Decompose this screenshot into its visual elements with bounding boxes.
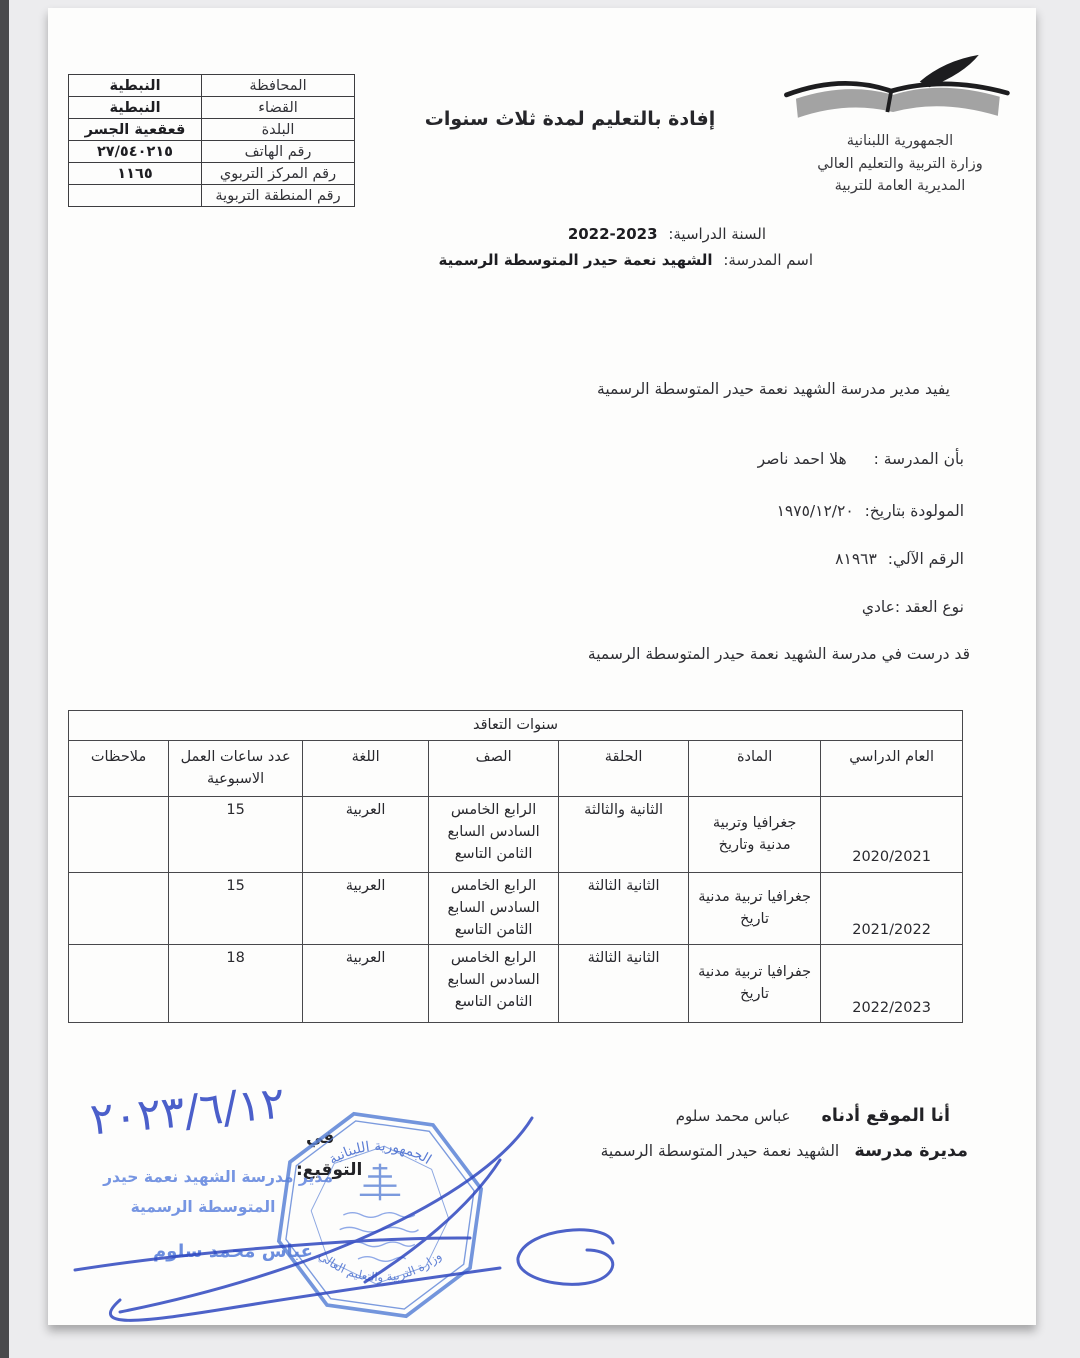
auto-number-line: الرقم الآلي: ٨١٩٦٣	[835, 550, 964, 568]
scanned-document-page: الجمهورية اللبنانية وزارة التربية والتعل…	[48, 8, 1036, 1325]
cell-subject: جغرافيا تربية مدنية تاريخ	[689, 873, 821, 945]
school-name-value: الشهيد نعمة حيدر المتوسطة الرسمية	[438, 251, 712, 269]
school-name-line: اسم المدرسة: الشهيد نعمة حيدر المتوسطة ا…	[438, 251, 813, 269]
cell-subject: جغرافيا وتربية مدنية وتاريخ	[689, 797, 821, 873]
auto-number-value: ٨١٩٦٣	[835, 550, 877, 568]
cell-cycle: الثانية الثالثة	[559, 873, 689, 945]
role-school-name: الشهيد نعمة حيدر المتوسطة الرسمية	[601, 1142, 840, 1160]
agency-header: الجمهورية اللبنانية وزارة التربية والتعل…	[790, 130, 1010, 198]
teacher-line: بأن المدرسة : هلا احمد ناصر	[758, 450, 964, 468]
table-row: البلدة قعقعية الجسر	[69, 119, 355, 141]
cell-hours: 18	[169, 945, 303, 1023]
octagon-seal-icon: الجمهورية اللبنانية وزارة التربية والتعل…	[270, 1105, 490, 1325]
agency-line-directorate: المديرية العامة للتربية	[790, 175, 1010, 198]
statement-intro: يفيد مدير مدرسة الشهيد نعمة حيدر المتوسط…	[597, 380, 950, 398]
table-title-row: سنوات التعاقد	[69, 711, 963, 741]
info-label: المحافظة	[202, 75, 355, 97]
svg-text:وزارة التربية والتعليم العالي: وزارة التربية والتعليم العالي	[316, 1249, 445, 1286]
cell-language: العربية	[303, 797, 429, 873]
school-year-line: السنة الدراسية: 2022-2023	[568, 225, 766, 243]
cell-year: 2021/2022	[821, 873, 963, 945]
col-header-language: اللغة	[303, 741, 429, 797]
cell-notes	[69, 945, 169, 1023]
info-value: النبطية	[69, 75, 202, 97]
cell-hours: 15	[169, 797, 303, 873]
undersigned-line: أنا الموقع أدناه عباس محمد سلوم	[676, 1106, 950, 1126]
seal-bottom-text: وزارة التربية والتعليم العالي	[316, 1249, 445, 1286]
taught-line: قد درست في مدرسة الشهيد نعمة حيدر المتوس…	[588, 645, 970, 663]
cell-cycle: الثانية والثالثة	[559, 797, 689, 873]
contract-type-line: نوع العقد :عادي	[862, 598, 964, 616]
birthdate-line: المولودة بتاريخ: ١٩٧٥/١٢/٢٠	[777, 502, 964, 520]
contract-table-title: سنوات التعاقد	[69, 711, 963, 741]
cell-year: 2022/2023	[821, 945, 963, 1023]
info-label: القضاء	[202, 97, 355, 119]
undersigned-name: عباس محمد سلوم	[676, 1107, 791, 1125]
table-row: رقم المركز التربوي ١١٦٥	[69, 163, 355, 185]
cell-language: العربية	[303, 873, 429, 945]
undersigned-label: أنا الموقع أدناه	[822, 1106, 950, 1126]
agency-line-ministry: وزارة التربية والتعليم العالي	[790, 153, 1010, 176]
info-value-center-number: ١١٦٥	[69, 163, 202, 185]
admin-info-table: المحافظة النبطية القضاء النبطية البلدة ق…	[68, 74, 355, 207]
cell-language: العربية	[303, 945, 429, 1023]
table-header-row: العام الدراسي المادة الحلقة الصف اللغة ع…	[69, 741, 963, 797]
info-label: رقم المركز التربوي	[202, 163, 355, 185]
info-value: النبطية	[69, 97, 202, 119]
role-line: مديرة مدرسة الشهيد نعمة حيدر المتوسطة ال…	[601, 1141, 968, 1161]
cell-year: 2020/2021	[821, 797, 963, 873]
open-book-icon	[780, 53, 1010, 133]
teacher-label: بأن المدرسة :	[874, 450, 964, 468]
info-value-phone: ٢٧/٥٤٠٢١٥	[69, 141, 202, 163]
table-row: رقم الهاتف ٢٧/٥٤٠٢١٥	[69, 141, 355, 163]
cell-grades: الرابع الخامس السادس السابع الثامن التاس…	[429, 873, 559, 945]
handwritten-date: ٢٠٢٣/٦/١٢	[88, 1078, 287, 1146]
col-header-grade: الصف	[429, 741, 559, 797]
cell-subject: جفرافيا تربية مدنية تاريخ	[689, 945, 821, 1023]
scan-edge-strip	[0, 0, 9, 1358]
birthdate-value: ١٩٧٥/١٢/٢٠	[777, 502, 854, 520]
role-label: مديرة مدرسة	[854, 1141, 968, 1161]
info-label: البلدة	[202, 119, 355, 141]
seal-top-text: الجمهورية اللبنانية	[326, 1138, 434, 1168]
table-row: 2020/2021 جغرافيا وتربية مدنية وتاريخ ال…	[69, 797, 963, 873]
table-row: 2022/2023 جفرافيا تربية مدنية تاريخ الثا…	[69, 945, 963, 1023]
cell-notes	[69, 873, 169, 945]
school-year-value: 2022-2023	[568, 225, 658, 243]
cell-notes	[69, 797, 169, 873]
cell-grades: الرابع الخامس السادس السابع الثامن التاس…	[429, 797, 559, 873]
info-value-empty	[69, 185, 202, 207]
cell-hours: 15	[169, 873, 303, 945]
info-label: رقم الهاتف	[202, 141, 355, 163]
contract-years-table: سنوات التعاقد العام الدراسي المادة الحلق…	[68, 710, 963, 1023]
info-value: قعقعية الجسر	[69, 119, 202, 141]
table-row: المحافظة النبطية	[69, 75, 355, 97]
official-seal: الجمهورية اللبنانية وزارة التربية والتعل…	[270, 1105, 490, 1325]
info-label: رقم المنطقة التربوية	[202, 185, 355, 207]
table-row: القضاء النبطية	[69, 97, 355, 119]
cell-cycle: الثانية الثالثة	[559, 945, 689, 1023]
cell-grades: الرابع الخامس السادس السابع الثامن التاس…	[429, 945, 559, 1023]
document-title: إفادة بالتعليم لمدة ثلاث سنوات	[420, 108, 720, 130]
col-header-hours: عدد ساعات العمل الاسبوعية	[169, 741, 303, 797]
table-row: 2021/2022 جغرافيا تربية مدنية تاريخ الثا…	[69, 873, 963, 945]
birthdate-label: المولودة بتاريخ:	[865, 502, 964, 520]
col-header-notes: ملاحظات	[69, 741, 169, 797]
school-year-label: السنة الدراسية:	[668, 225, 766, 243]
school-name-label: اسم المدرسة:	[723, 251, 813, 269]
ministry-logo	[780, 53, 1010, 133]
cedar-tree-icon	[360, 1164, 400, 1201]
col-header-year: العام الدراسي	[821, 741, 963, 797]
table-row: رقم المنطقة التربوية	[69, 185, 355, 207]
col-header-subject: المادة	[689, 741, 821, 797]
seal-inner-text-squiggles	[340, 1213, 419, 1262]
svg-text:الجمهورية اللبنانية: الجمهورية اللبنانية	[326, 1138, 434, 1168]
agency-line-republic: الجمهورية اللبنانية	[790, 130, 1010, 153]
auto-number-label: الرقم الآلي:	[888, 550, 964, 568]
col-header-cycle: الحلقة	[559, 741, 689, 797]
teacher-name: هلا احمد ناصر	[758, 450, 847, 468]
